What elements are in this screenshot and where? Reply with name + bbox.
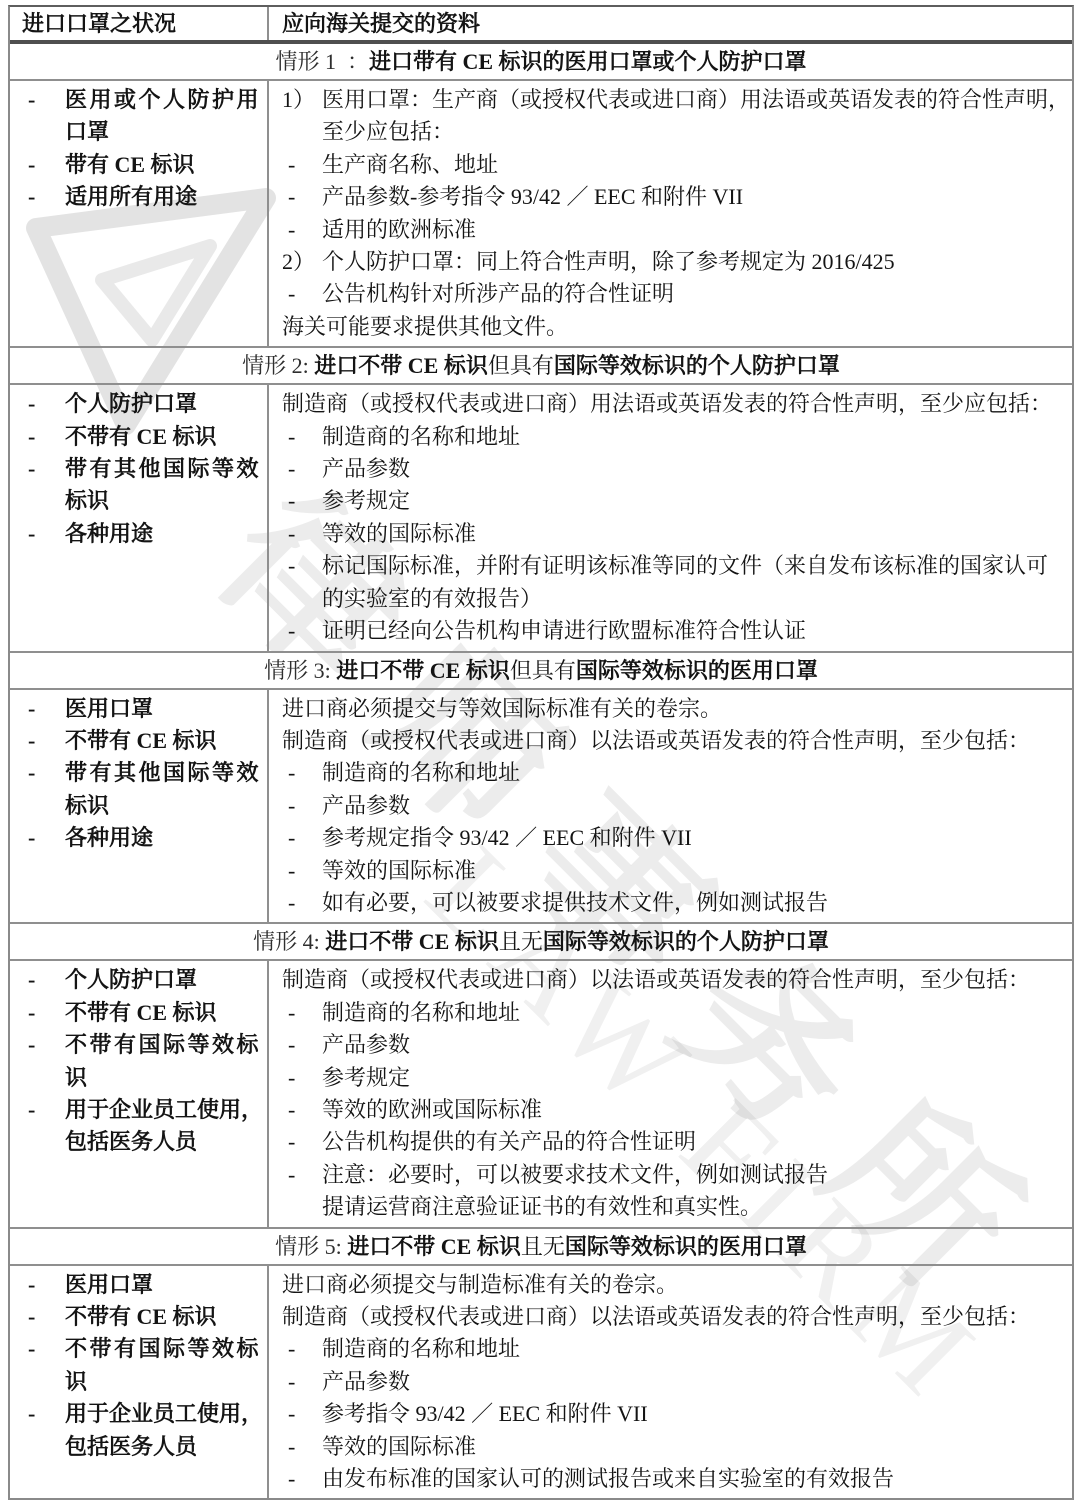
requirement-line: 海关可能要求提供其他文件。 [282,311,1070,343]
left-conditions-cell: -个人防护口罩-不带有 CE 标识-带有其他国际等效标识-各种用途 [10,385,269,650]
requirement-line: 提请运营商注意验证证书的有效性和真实性。 [282,1191,1064,1223]
requirement-text: 产品参数-参考指令 93/42 ／ EEC 和附件 VII [322,181,743,213]
section-title-prefix: 情形 3: [264,658,336,683]
requirement-line: 的实验室的有效报告） [282,583,1064,615]
condition-line: -用于企业员工使用， [20,1094,263,1126]
requirement-text: 制造商（或授权代表或进口商）以法语或英语发表的符合性声明，至少包括： [282,725,1030,757]
requirement-text: 至少应包括： [322,116,454,148]
requirement-line: -注意：必要时，可以被要求技术文件，例如测试报告 [282,1159,1064,1191]
condition-text: 各种用途 [65,518,153,550]
customs-mask-table: 进口口罩之状况 应向海关提交的资料 情形 1 ：进口带有 CE 标识的医用口罩或… [8,5,1074,1500]
condition-text: 包括医务人员 [65,1431,197,1463]
section-title-segment: 但具有 [488,353,554,378]
requirement-text: 参考规定 [322,1062,410,1094]
requirement-text: 进口商必须提交与等效国际标准有关的卷宗。 [282,693,722,725]
requirement-line: -适用的欧洲标准 [282,214,1070,246]
requirement-line: -制造商的名称和地址 [282,757,1064,789]
dash-bullet: - [282,790,322,822]
condition-text: 标识 [65,790,109,822]
dash-bullet: - [282,757,322,789]
dash-bullet: - [20,421,65,453]
condition-line: -不带有国际等效标 [20,1029,263,1061]
requirement-text: 制造商（或授权代表或进口商）以法语或英语发表的符合性声明，至少包括： [282,1301,1030,1333]
condition-line: 标识 [20,790,263,822]
dash-bullet: - [282,1094,322,1126]
condition-text: 医用口罩 [65,1269,153,1301]
section-4-title: 情形 4: 进口不带 CE 标识且无国际等效标识的个人防护口罩 [10,924,1072,961]
right-requirements-cell: 制造商（或授权代表或进口商）用法语或英语发表的符合性声明，至少应包括：-制造商的… [269,385,1072,650]
header-cell-customs-documents: 应向海关提交的资料 [269,7,1072,40]
dash-bullet: - [20,822,65,854]
section-title-segment: 国际等效标识的医用口罩 [576,658,818,683]
requirement-text: 产品参数 [322,453,410,485]
dash-bullet: - [282,518,322,550]
requirement-text: 公告机构针对所涉产品的符合性证明 [322,278,674,310]
requirement-text: 注意：必要时，可以被要求技术文件，例如测试报告 [322,1159,828,1191]
requirement-line: -等效的国际标准 [282,855,1064,887]
section-title-segment: 进口不带 CE 标识 [325,929,499,954]
condition-text: 口罩 [65,116,109,148]
dash-bullet: - [282,1463,322,1495]
condition-line: -带有其他国际等效 [20,453,263,485]
requirement-line: 制造商（或授权代表或进口商）以法语或英语发表的符合性声明，至少包括： [282,725,1064,757]
table-header-row: 进口口罩之状况 应向海关提交的资料 [10,7,1072,44]
condition-text: 用于企业员工使用， [65,1094,263,1126]
dash-bullet: - [282,1366,322,1398]
dash-bullet: - [20,84,65,116]
requirement-text: 产品参数 [322,790,410,822]
section-3-row: -医用口罩-不带有 CE 标识-带有其他国际等效标识-各种用途进口商必须提交与等… [10,690,1072,925]
requirement-line: -产品参数 [282,1366,1064,1398]
section-title-segment: 且无 [499,929,543,954]
dash-bullet: - [282,453,322,485]
dash-bullet: - [282,1159,322,1191]
section-title-segment: 且无 [521,1234,565,1259]
requirement-text: 医用口罩：生产商（或授权代表或进口商）用法语或英语发表的符合性声明， [322,84,1070,116]
requirement-line: -生产商名称、地址 [282,149,1070,181]
requirement-line: -参考指令 93/42 ／ EEC 和附件 VII [282,1398,1064,1430]
condition-text: 不带有 CE 标识 [65,1301,217,1333]
condition-line: -个人防护口罩 [20,388,263,420]
requirement-text: 标记国际标准，并附有证明该标准等同的文件（来自发布该标准的国家认可 [322,550,1048,582]
dash-bullet: - [282,887,322,919]
condition-line: -适用所有用途 [20,181,263,213]
section-title-prefix: 情形 2: [242,353,314,378]
dash-bullet: - [282,1333,322,1365]
right-requirements-cell: 进口商必须提交与制造标准有关的卷宗。制造商（或授权代表或进口商）以法语或英语发表… [269,1266,1072,1499]
section-title-prefix: 情形 1 ： [275,49,369,74]
requirement-text: 生产商名称、地址 [322,149,498,181]
dash-bullet: - [20,997,65,1029]
condition-line: -带有其他国际等效 [20,757,263,789]
requirement-text: 证明已经向公告机构申请进行欧盟标准符合性认证 [322,615,806,647]
condition-text: 识 [65,1366,87,1398]
section-title-segment: 进口不带 CE 标识 [347,1234,521,1259]
dash-bullet: - [282,855,322,887]
condition-text: 不带有国际等效标 [65,1333,261,1365]
requirement-text: 制造商的名称和地址 [322,421,520,453]
dash-bullet: - [282,214,322,246]
condition-line: -带有 CE 标识 [20,149,263,181]
condition-line: -不带有 CE 标识 [20,725,263,757]
condition-text: 不带有 CE 标识 [65,725,217,757]
requirement-line: -参考规定指令 93/42 ／ EEC 和附件 VII [282,822,1064,854]
dash-bullet: - [282,278,322,310]
condition-text: 带有 CE 标识 [65,149,195,181]
requirement-line: -参考规定 [282,1062,1064,1094]
dash-bullet: - [20,388,65,420]
requirement-line: -等效的国际标准 [282,518,1064,550]
condition-text: 不带有 CE 标识 [65,997,217,1029]
requirement-text: 制造商（或授权代表或进口商）以法语或英语发表的符合性声明，至少包括： [282,964,1030,996]
requirement-line: -公告机构提供的有关产品的符合性证明 [282,1126,1064,1158]
left-conditions-cell: -个人防护口罩-不带有 CE 标识-不带有国际等效标识-用于企业员工使用，包括医… [10,961,269,1226]
section-5-title: 情形 5: 进口不带 CE 标识且无国际等效标识的医用口罩 [10,1229,1072,1266]
condition-text: 标识 [65,485,109,517]
section-3-title: 情形 3: 进口不带 CE 标识但具有国际等效标识的医用口罩 [10,653,1072,690]
condition-line: 识 [20,1366,263,1398]
condition-text: 适用所有用途 [65,181,197,213]
dash-bullet: - [282,615,322,647]
left-conditions-cell: -医用口罩-不带有 CE 标识-带有其他国际等效标识-各种用途 [10,690,269,923]
section-1-row: -医用或个人防护用口罩-带有 CE 标识-适用所有用途1）医用口罩：生产商（或授… [10,81,1072,348]
dash-bullet: - [20,1094,65,1126]
section-5-row: -医用口罩-不带有 CE 标识-不带有国际等效标识-用于企业员工使用，包括医务人… [10,1266,1072,1499]
condition-text: 用于企业员工使用， [65,1398,263,1430]
section-4-row: -个人防护口罩-不带有 CE 标识-不带有国际等效标识-用于企业员工使用，包括医… [10,961,1072,1228]
section-title-prefix: 情形 5: [275,1234,347,1259]
requirement-text: 产品参数 [322,1366,410,1398]
requirement-text: 进口商必须提交与制造标准有关的卷宗。 [282,1269,678,1301]
section-2-title: 情形 2: 进口不带 CE 标识但具有国际等效标识的个人防护口罩 [10,348,1072,385]
dash-bullet: - [282,149,322,181]
condition-line: -个人防护口罩 [20,964,263,996]
dash-bullet: - [20,964,65,996]
table-body: 情形 1 ：进口带有 CE 标识的医用口罩或个人防护口罩-医用或个人防护用口罩-… [10,44,1072,1498]
requirement-text: 提请运营商注意验证证书的有效性和真实性。 [322,1191,762,1223]
right-requirements-cell: 制造商（或授权代表或进口商）以法语或英语发表的符合性声明，至少包括：-制造商的名… [269,961,1072,1226]
requirement-text: 参考规定指令 93/42 ／ EEC 和附件 VII [322,822,692,854]
requirement-text: 等效的欧洲或国际标准 [322,1094,542,1126]
requirement-text: 制造商的名称和地址 [322,997,520,1029]
requirement-line: 制造商（或授权代表或进口商）用法语或英语发表的符合性声明，至少应包括： [282,388,1064,420]
condition-line: 口罩 [20,116,263,148]
dash-bullet: - [282,485,322,517]
condition-line: 标识 [20,485,263,517]
dash-bullet: - [20,181,65,213]
dash-bullet: - [20,1398,65,1430]
section-title-segment: 国际等效标识的医用口罩 [565,1234,807,1259]
section-1-title: 情形 1 ：进口带有 CE 标识的医用口罩或个人防护口罩 [10,44,1072,81]
condition-line: -用于企业员工使用， [20,1398,263,1430]
section-title-segment: 进口不带 CE 标识 [314,353,488,378]
condition-text: 各种用途 [65,822,153,854]
section-title-segment: 进口带有 CE 标识的医用口罩或个人防护口罩 [369,49,807,74]
right-requirements-cell: 1）医用口罩：生产商（或授权代表或进口商）用法语或英语发表的符合性声明，至少应包… [269,81,1078,346]
condition-text: 个人防护口罩 [65,964,197,996]
requirement-line: -制造商的名称和地址 [282,1333,1064,1365]
dash-bullet: - [282,1029,322,1061]
dash-bullet: - [282,822,322,854]
condition-text: 带有其他国际等效 [65,757,261,789]
condition-line: -不带有 CE 标识 [20,997,263,1029]
condition-text: 医用口罩 [65,693,153,725]
condition-text: 带有其他国际等效 [65,453,261,485]
left-conditions-cell: -医用或个人防护用口罩-带有 CE 标识-适用所有用途 [10,81,269,346]
dash-bullet: - [20,757,65,789]
requirement-text: 如有必要，可以被要求提供技术文件，例如测试报告 [322,887,828,919]
condition-text: 识 [65,1062,87,1094]
section-title-segment: 国际等效标识的个人防护口罩 [543,929,829,954]
section-2-row: -个人防护口罩-不带有 CE 标识-带有其他国际等效标识-各种用途制造商（或授权… [10,385,1072,652]
condition-line: 识 [20,1062,263,1094]
requirement-line: 1）医用口罩：生产商（或授权代表或进口商）用法语或英语发表的符合性声明， [282,84,1070,116]
requirement-line: -公告机构针对所涉产品的符合性证明 [282,278,1070,310]
requirement-text: 制造商的名称和地址 [322,1333,520,1365]
dash-bullet: - [20,1301,65,1333]
requirement-line: -证明已经向公告机构申请进行欧盟标准符合性认证 [282,615,1064,647]
condition-line: 包括医务人员 [20,1431,263,1463]
requirement-line: 2）个人防护口罩：同上符合性声明，除了参考规定为 2016/425 [282,246,1070,278]
requirement-text: 个人防护口罩：同上符合性声明，除了参考规定为 2016/425 [322,246,895,278]
requirement-text: 等效的国际标准 [322,1431,476,1463]
requirement-line: 制造商（或授权代表或进口商）以法语或英语发表的符合性声明，至少包括： [282,964,1064,996]
dash-bullet: - [282,1398,322,1430]
dash-bullet: - [282,1062,322,1094]
dash-bullet: - [20,1269,65,1301]
requirement-line: -等效的欧洲或国际标准 [282,1094,1064,1126]
left-conditions-cell: -医用口罩-不带有 CE 标识-不带有国际等效标识-用于企业员工使用，包括医务人… [10,1266,269,1499]
section-title-segment: 国际等效标识的个人防护口罩 [554,353,840,378]
dash-bullet: - [282,997,322,1029]
requirement-text: 等效的国际标准 [322,518,476,550]
condition-line: 包括医务人员 [20,1126,263,1158]
requirement-text: 由发布标准的国家认可的测试报告或来自实验室的有效报告 [322,1463,894,1495]
requirement-line: -产品参数 [282,453,1064,485]
condition-line: -各种用途 [20,518,263,550]
dash-bullet: - [20,1333,65,1365]
item-number: 1） [282,84,322,116]
requirement-line: -参考规定 [282,485,1064,517]
condition-line: -医用或个人防护用 [20,84,263,116]
dash-bullet: - [20,518,65,550]
condition-text: 不带有国际等效标 [65,1029,261,1061]
condition-line: -不带有 CE 标识 [20,421,263,453]
right-requirements-cell: 进口商必须提交与等效国际标准有关的卷宗。制造商（或授权代表或进口商）以法语或英语… [269,690,1072,923]
requirement-line: -产品参数-参考指令 93/42 ／ EEC 和附件 VII [282,181,1070,213]
item-number: 2） [282,246,322,278]
requirement-line: 进口商必须提交与等效国际标准有关的卷宗。 [282,693,1064,725]
condition-line: -医用口罩 [20,693,263,725]
condition-line: -各种用途 [20,822,263,854]
section-title-prefix: 情形 4: [253,929,325,954]
requirement-text: 适用的欧洲标准 [322,214,476,246]
dash-bullet: - [282,550,322,582]
requirement-line: -标记国际标准，并附有证明该标准等同的文件（来自发布该标准的国家认可 [282,550,1064,582]
header-cell-mask-status: 进口口罩之状况 [10,7,269,40]
dash-bullet: - [20,149,65,181]
dash-bullet: - [20,1029,65,1061]
requirement-line: -制造商的名称和地址 [282,421,1064,453]
requirement-text: 制造商（或授权代表或进口商）用法语或英语发表的符合性声明，至少应包括： [282,388,1052,420]
requirement-line: -产品参数 [282,1029,1064,1061]
requirement-line: 制造商（或授权代表或进口商）以法语或英语发表的符合性声明，至少包括： [282,1301,1064,1333]
section-title-segment: 进口不带 CE 标识 [336,658,510,683]
dash-bullet: - [20,725,65,757]
requirement-line: -等效的国际标准 [282,1431,1064,1463]
dash-bullet: - [282,421,322,453]
document-page: 律师事务所 LAW FIRM 进口口罩之状况 应向海关提交的资料 情形 1 ：进… [0,0,1080,1502]
condition-line: -不带有 CE 标识 [20,1301,263,1333]
requirement-text: 参考规定 [322,485,410,517]
condition-text: 不带有 CE 标识 [65,421,217,453]
requirement-line: -由发布标准的国家认可的测试报告或来自实验室的有效报告 [282,1463,1064,1495]
requirement-text: 的实验室的有效报告） [322,583,542,615]
condition-line: -医用口罩 [20,1269,263,1301]
dash-bullet: - [282,181,322,213]
requirement-text: 等效的国际标准 [322,855,476,887]
condition-line: -不带有国际等效标 [20,1333,263,1365]
requirement-text: 参考指令 93/42 ／ EEC 和附件 VII [322,1398,648,1430]
condition-text: 个人防护口罩 [65,388,197,420]
dash-bullet: - [20,453,65,485]
condition-text: 医用或个人防护用 [65,84,261,116]
requirement-text: 海关可能要求提供其他文件。 [282,311,568,343]
requirement-line: 进口商必须提交与制造标准有关的卷宗。 [282,1269,1064,1301]
requirement-text: 制造商的名称和地址 [322,757,520,789]
requirement-line: -如有必要，可以被要求提供技术文件，例如测试报告 [282,887,1064,919]
condition-text: 包括医务人员 [65,1126,197,1158]
dash-bullet: - [282,1126,322,1158]
requirement-line: -产品参数 [282,790,1064,822]
section-title-segment: 但具有 [510,658,576,683]
requirement-line: 至少应包括： [282,116,1070,148]
dash-bullet: - [282,1431,322,1463]
requirement-text: 产品参数 [322,1029,410,1061]
dash-bullet: - [20,693,65,725]
requirement-line: -制造商的名称和地址 [282,997,1064,1029]
requirement-text: 公告机构提供的有关产品的符合性证明 [322,1126,696,1158]
